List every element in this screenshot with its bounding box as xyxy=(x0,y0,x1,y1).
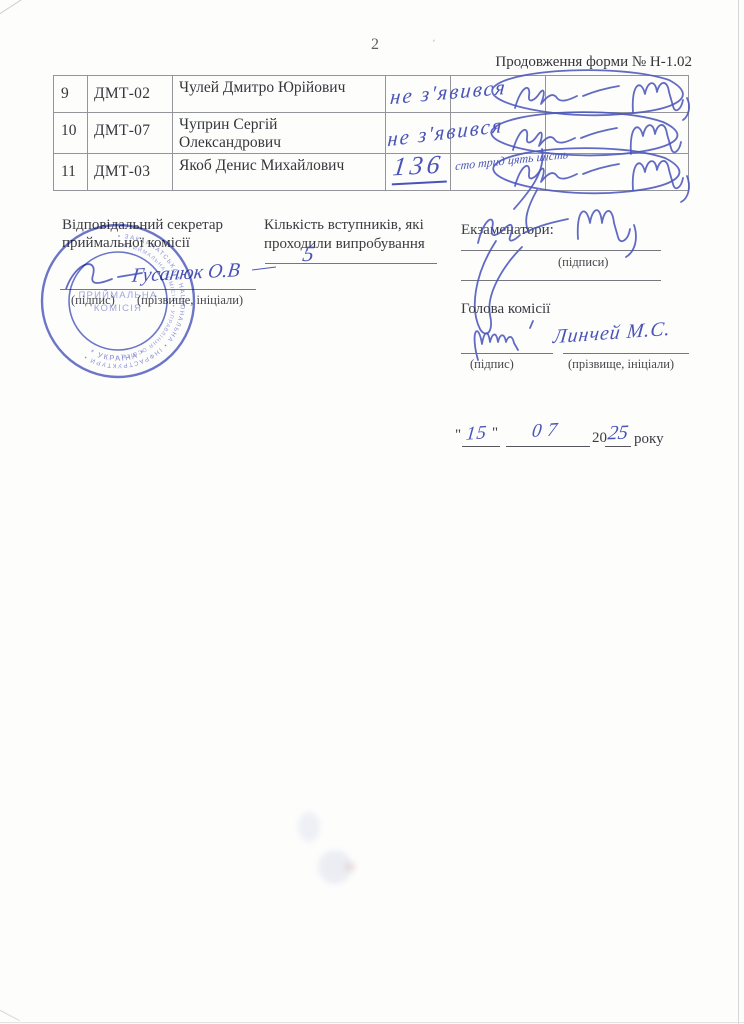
date-suffix: року xyxy=(634,430,664,448)
scan-edge-right xyxy=(738,0,739,1024)
candidate-name: Чулей Дмитро Юрійович xyxy=(173,76,386,113)
stamp-center-line2: КОМІСІЯ xyxy=(94,303,142,314)
page-number: 2 xyxy=(371,36,379,54)
date-year-line xyxy=(605,446,631,447)
handwritten-day: 15 xyxy=(465,422,487,445)
handwritten-month: 07 xyxy=(531,419,563,443)
head-name-line xyxy=(563,353,689,354)
candidate-name: Якоб Денис Михайлович xyxy=(173,154,386,191)
date-month-line xyxy=(506,446,590,447)
stamp-graphic: • ЗАКАРПАТСЬКА • НАЦІОНАЛЬНА • ІНФРАСТРУ… xyxy=(33,222,203,382)
row-number: 11 xyxy=(54,154,88,191)
head-name-label: (прізвище, ініціали) xyxy=(568,357,674,372)
date-close-quote: " xyxy=(492,424,498,442)
applicants-count-line xyxy=(265,263,437,264)
candidate-code: ДМТ-02 xyxy=(88,76,173,113)
scan-smudge xyxy=(298,812,320,842)
candidate-name: Чуприн Сергій Олександрович xyxy=(173,113,386,154)
scan-smudge xyxy=(344,862,356,872)
scanned-document-page: 2 ' Продовження форми № Н-1.02 9 ДМТ-02 … xyxy=(0,0,744,1024)
candidate-code: ДМТ-07 xyxy=(88,113,173,154)
handwritten-text: 15 xyxy=(465,422,488,446)
stamp-center-line1: ПРИЙМАЛЬНА xyxy=(79,289,158,301)
applicants-label-line2: проходили випробування xyxy=(264,235,425,253)
handwritten-dash xyxy=(252,267,276,271)
handwritten-text: 25 xyxy=(606,422,629,446)
handwritten-year: 25 xyxy=(608,422,629,446)
date-century: 20 xyxy=(592,429,607,447)
date-open-quote: " xyxy=(455,426,461,444)
candidate-code: ДМТ-03 xyxy=(88,154,173,191)
row-number: 10 xyxy=(54,113,88,154)
row-number: 9 xyxy=(54,76,88,113)
scan-edge-bottom xyxy=(0,1022,744,1023)
scan-speck: ' xyxy=(427,38,436,48)
head-signature-line xyxy=(461,353,553,354)
form-continuation-note: Продовження форми № Н-1.02 xyxy=(468,53,692,71)
applicants-label-line1: Кількість вступників, які xyxy=(264,216,424,234)
scan-corner-artifact xyxy=(0,1008,20,1021)
official-round-stamp: • ЗАКАРПАТСЬКА • НАЦІОНАЛЬНА • ІНФРАСТРУ… xyxy=(33,222,203,382)
date-day-line xyxy=(462,446,500,447)
scan-corner-artifact xyxy=(0,0,26,16)
handwritten-text: 07 xyxy=(531,419,565,443)
head-signature-label: (підпис) xyxy=(470,357,514,372)
